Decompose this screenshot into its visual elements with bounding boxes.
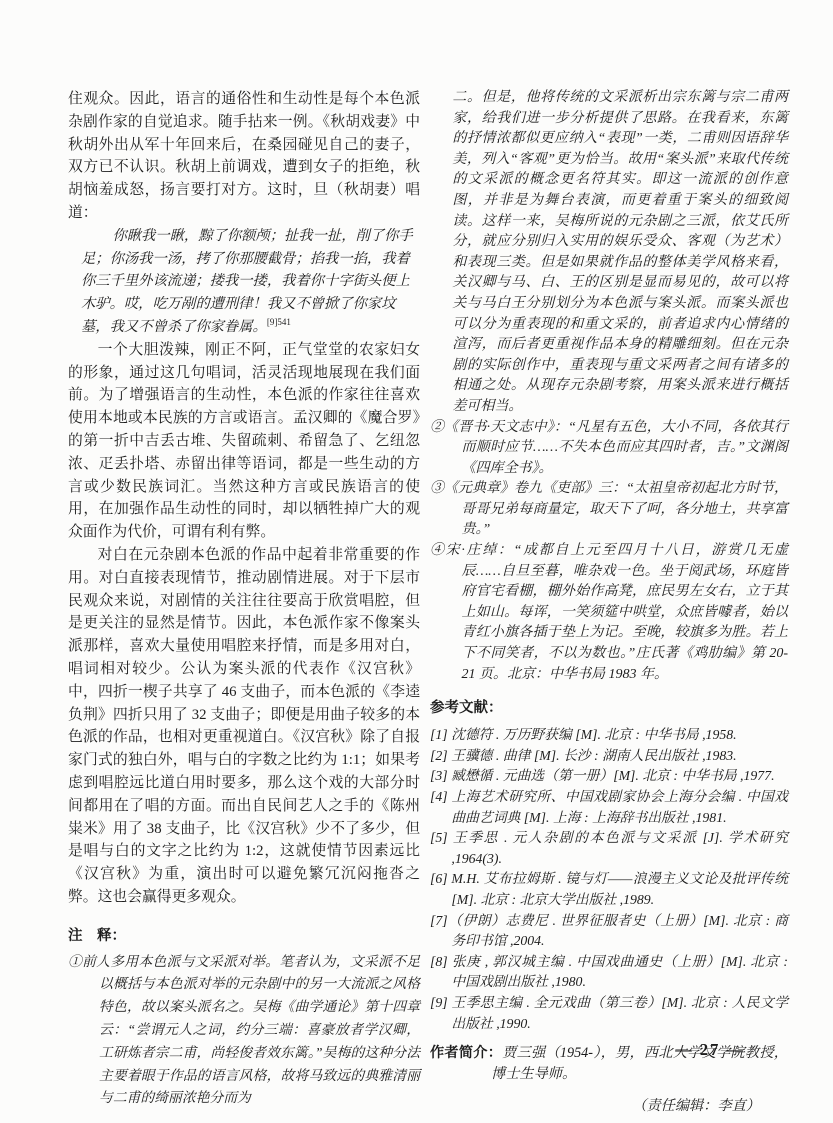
reference-item: [9] 王季思主编 . 全元戏曲（第三卷）[M]. 北京 : 人民文学出版社 ,… [430, 993, 788, 1034]
reference-item: [5] 王季思 . 元人杂剧的本色派与文采派 [J]. 学术研究 ,1964(3… [430, 828, 788, 869]
references-list: [1] 沈德符 . 万历野获编 [M]. 北京 : 中华书局 ,1958. [2… [430, 725, 788, 1034]
note-4: ④宋·庄绰：“成都自上元至四月十八日，游赏几无虚辰……自旦至暮，唯杂戏一色。坐于… [430, 541, 788, 685]
references-header: 参考文献： [430, 698, 788, 718]
reference-item: [8] 张庚 , 郭汉城主编 . 中国戏曲通史（上册）[M]. 北京 : 中国戏… [430, 952, 788, 993]
note-2: ②《晋书·天文志中》：“凡星有五色，大小不同，各依其行而顺时应节……不失本色而应… [430, 418, 788, 480]
paragraph-continuation: 住观众。因此，语言的通俗性和生动性是每个本色派杂剧作家的自觉追求。随手拈来一例。… [68, 88, 420, 225]
paragraph-dialogue-analysis: 对白在元杂剧本色派的作品中起着非常重要的作用。对白直接表现情节，推动剧情进展。对… [68, 544, 420, 909]
two-column-layout: 住观众。因此，语言的通俗性和生动性是每个本色派杂剧作家的自觉追求。随手拈来一例。… [68, 88, 788, 1117]
citation-superscript: [9]541 [267, 317, 291, 327]
journal-page: 住观众。因此，语言的通俗性和生动性是每个本色派杂剧作家的自觉追求。随手拈来一例。… [0, 0, 833, 1123]
quote-text: 你瞅我一瞅，黥了你额颅；扯我一扯，削了你手足；你汤我一汤，拷了你那腰截骨；掐我一… [81, 228, 413, 335]
reference-item: [1] 沈德符 . 万历野获编 [M]. 北京 : 中华书局 ,1958. [430, 725, 788, 746]
page-number: — 27 — [675, 1040, 745, 1060]
reference-item: [6] M.H. 艾布拉姆斯 . 镜与灯——浪漫主义文论及批评传统 [M]. 北… [430, 869, 788, 910]
responsible-editor-note: （责任编辑：李直） [430, 1096, 788, 1117]
note-1: ①前人多用本色派与文采派对举。笔者认为，文采派不足以概括与本色派对举的元杂剧中的… [68, 951, 420, 1111]
block-quote-aria: 你瞅我一瞅，黥了你额颅；扯我一扯，削了你手足；你汤我一汤，拷了你那腰截骨；掐我一… [81, 225, 420, 339]
reference-item: [2] 王骥德 . 曲律 [M]. 长沙 : 湖南人民出版社 ,1983. [430, 746, 788, 767]
reference-item: [4] 上海艺术研究所、中国戏剧家协会上海分会编 . 中国戏曲曲艺词典 [M].… [430, 787, 788, 828]
reference-item: [7]（伊朗）志费尼 . 世界征服者史（上册）[M]. 北京 : 商务印书馆 ,… [430, 911, 788, 952]
reference-item: [3] 臧懋循 . 元曲选（第一册）[M]. 北京 : 中华书局 ,1977. [430, 766, 788, 787]
paragraph-commentary: 一个大胆泼辣，刚正不阿，正气堂堂的农家妇女的形象，通过这几句唱词，活灵活现地展现… [68, 339, 420, 544]
note-3: ③《元典章》卷九《吏部》三：“太祖皇帝初起北方时节，哥哥兄弟每商量定，取天下了呵… [430, 479, 788, 541]
notes-header: 注 释： [68, 926, 420, 946]
left-column: 住观众。因此，语言的通俗性和生动性是每个本色派杂剧作家的自觉追求。随手拈来一例。… [68, 88, 420, 1117]
right-column: 二。但是，他将传统的文采派析出宗东篱与宗二甫两家，给我们进一步分析提供了思路。在… [430, 88, 788, 1117]
note-1-continuation: 二。但是，他将传统的文采派析出宗东篱与宗二甫两家，给我们进一步分析提供了思路。在… [430, 88, 788, 418]
author-bio-label: 作者简介： [430, 1045, 502, 1061]
